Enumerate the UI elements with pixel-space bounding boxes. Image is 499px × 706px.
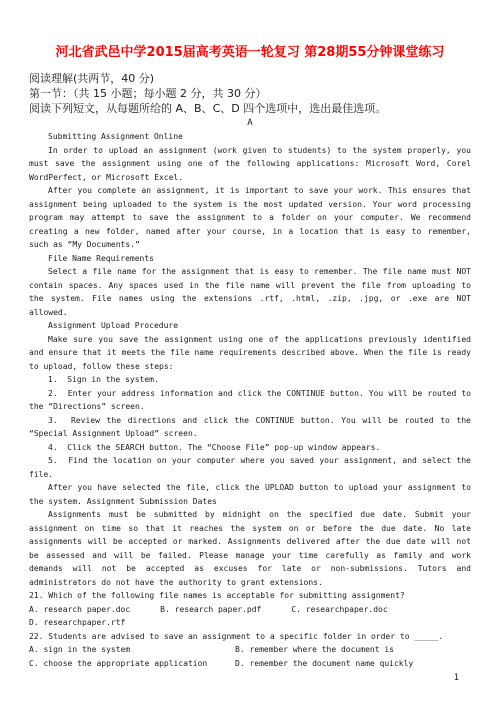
option-c: C. choose the appropriate application bbox=[29, 657, 235, 671]
option-c: C. researchpaper.doc bbox=[291, 603, 387, 617]
options-list: A. research paper.docB. research paper.p… bbox=[29, 603, 471, 630]
question-block: 21. Which of the following file names is… bbox=[29, 589, 471, 630]
document-page: 河北省武邑中学2015届高考英语一轮复习 第28期55分钟课堂练习 阅读理解(共… bbox=[0, 0, 499, 706]
option-label: A. bbox=[29, 645, 39, 654]
option-d: D. remember the document name quickly bbox=[235, 657, 471, 671]
section-header-line: 第一节：（共 15 小题；每小题 2 分，共 30 分） bbox=[29, 86, 471, 101]
question-number: 21. bbox=[29, 591, 43, 600]
option-text: sign in the system bbox=[43, 645, 130, 654]
option-text: remember where the document is bbox=[249, 645, 394, 654]
passage-paragraph: After you have selected the file, click … bbox=[29, 481, 471, 508]
option-label: B. bbox=[235, 645, 245, 654]
option-d: D. researchpaper.rtf bbox=[29, 616, 125, 630]
passage-paragraph: After you complete an assignment, it is … bbox=[29, 184, 471, 252]
option-b: B. remember where the document is bbox=[235, 643, 471, 657]
passage-step: 2. Enter your address information and cl… bbox=[29, 387, 471, 414]
option-label: D. bbox=[235, 659, 245, 668]
passage-subheading: File Name Requirements bbox=[29, 252, 471, 266]
passage-paragraph: Make sure you save the assignment using … bbox=[29, 333, 471, 374]
passage: Submitting Assignment OnlineIn order to … bbox=[29, 130, 471, 589]
passage-paragraph: In order to upload an assignment (work g… bbox=[29, 144, 471, 185]
section-header-line: 阅读下列短文，从每题所给的 A、B、C、D 四个选项中，选出最佳选项。 bbox=[29, 101, 471, 116]
option-text: remember the document name quickly bbox=[249, 659, 413, 668]
passage-step: 5. Find the location on your computer wh… bbox=[29, 454, 471, 481]
options-list: A. sign in the systemB. remember where t… bbox=[29, 643, 471, 670]
page-number: 1 bbox=[454, 672, 459, 684]
option-label: C. bbox=[291, 605, 301, 614]
option-text: research paper.pdf bbox=[175, 605, 262, 614]
passage-step: 4. Click the SEARCH button. The “Choose … bbox=[29, 441, 471, 455]
question-number: 22. bbox=[29, 632, 43, 641]
passage-step: 3. Review the directions and click the C… bbox=[29, 414, 471, 441]
question-block: 22. Students are advised to save an assi… bbox=[29, 630, 471, 671]
section-header-line: 阅读理解(共两节，40 分) bbox=[29, 71, 471, 86]
passage-paragraph: Select a file name for the assignment th… bbox=[29, 265, 471, 319]
option-text: researchpaper.rtf bbox=[43, 618, 125, 627]
question-stem: Which of the following file names is acc… bbox=[48, 591, 404, 600]
option-b: B. research paper.pdf bbox=[160, 603, 261, 617]
question-stem: Students are advised to save an assignme… bbox=[48, 632, 443, 641]
option-label: C. bbox=[29, 659, 39, 668]
option-label: D. bbox=[29, 618, 39, 627]
option-label: A. bbox=[29, 605, 39, 614]
option-text: researchpaper.doc bbox=[306, 605, 388, 614]
option-text: choose the appropriate application bbox=[43, 659, 207, 668]
page-title: 河北省武邑中学2015届高考英语一轮复习 第28期55分钟课堂练习 bbox=[29, 44, 471, 62]
questions: 21. Which of the following file names is… bbox=[29, 589, 471, 670]
option-text: research paper.doc bbox=[43, 605, 130, 614]
passage-paragraph: Assignments must be submitted by midnigh… bbox=[29, 508, 471, 589]
question-stem-line: 22. Students are advised to save an assi… bbox=[29, 630, 471, 644]
option-a: A. research paper.doc bbox=[29, 603, 130, 617]
passage-step: 1. Sign in the system. bbox=[29, 373, 471, 387]
passage-subheading: Submitting Assignment Online bbox=[29, 130, 471, 144]
option-label: B. bbox=[160, 605, 170, 614]
question-stem-line: 21. Which of the following file names is… bbox=[29, 589, 471, 603]
passage-subheading: Assignment Upload Procedure bbox=[29, 319, 471, 333]
passage-label: A bbox=[29, 116, 471, 130]
option-a: A. sign in the system bbox=[29, 643, 235, 657]
